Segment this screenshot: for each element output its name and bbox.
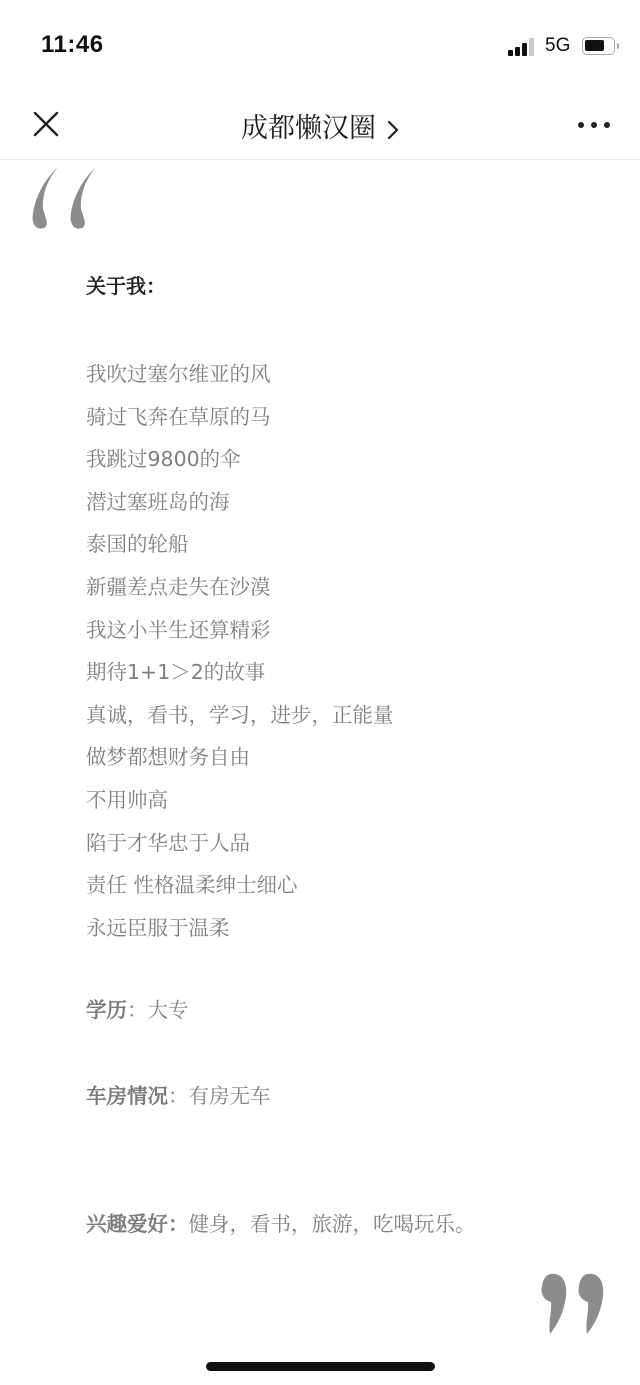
- nav-bar: 成都懒汉圈: [0, 90, 640, 160]
- status-time: 11:46: [41, 31, 104, 59]
- battery-icon: [582, 37, 615, 55]
- text-line: 新疆差点走失在沙漠: [86, 566, 394, 609]
- text-line: 骑过飞奔在草原的马: [86, 396, 394, 439]
- chevron-right-icon: [387, 120, 399, 140]
- text-line: 不用帅高: [86, 779, 394, 822]
- text-line: 做梦都想财务自由: [86, 736, 394, 779]
- about-me-heading: 关于我：: [86, 270, 166, 299]
- signal-icon: [508, 38, 538, 56]
- text-line: 责任 性格温柔绅士细心: [86, 864, 394, 907]
- close-quote-icon: [540, 1272, 608, 1336]
- about-me-text: 我吹过塞尔维亚的风 骑过飞奔在草原的马 我跳过9800的伞 潜过塞班岛的海 泰国…: [86, 353, 394, 949]
- more-button[interactable]: [576, 112, 612, 136]
- text-line: 我这小半生还算精彩: [86, 609, 394, 652]
- status-bar: 11:46 5G: [0, 0, 640, 90]
- text-line: 真诚，看书，学习，进步，正能量: [86, 694, 394, 737]
- text-line: 陷于才华忠于人品: [86, 822, 394, 865]
- page-title: 成都懒汉圈: [241, 113, 376, 144]
- housing-separator: ：: [168, 1084, 189, 1108]
- text-line: 永远臣服于温柔: [86, 907, 394, 950]
- text-line: 潜过塞班岛的海: [86, 481, 394, 524]
- housing-field: 车房情况：有房无车: [86, 1079, 271, 1109]
- text-line: 泰国的轮船: [86, 523, 394, 566]
- education-field: 学历：大专: [86, 993, 189, 1023]
- more-icon: [578, 122, 584, 128]
- home-indicator[interactable]: [206, 1362, 435, 1371]
- education-value: 大专: [148, 998, 189, 1022]
- hobbies-value: 健身，看书，旅游，吃喝玩乐。: [189, 1212, 476, 1236]
- text-line: 我吹过塞尔维亚的风: [86, 353, 394, 396]
- open-quote-icon: [30, 165, 102, 231]
- education-label: 学历: [86, 998, 127, 1022]
- text-line: 我跳过9800的伞: [86, 438, 394, 481]
- education-separator: ：: [127, 998, 148, 1022]
- network-type: 5G: [545, 35, 570, 57]
- housing-value: 有房无车: [189, 1084, 271, 1108]
- hobbies-label: 兴趣爱好：: [86, 1212, 189, 1236]
- nav-title-link[interactable]: 成都懒汉圈: [0, 106, 640, 145]
- housing-label: 车房情况: [86, 1084, 168, 1108]
- text-line: 期待1+1＞2的故事: [86, 651, 394, 694]
- hobbies-field: 兴趣爱好：健身，看书，旅游，吃喝玩乐。: [86, 1207, 476, 1237]
